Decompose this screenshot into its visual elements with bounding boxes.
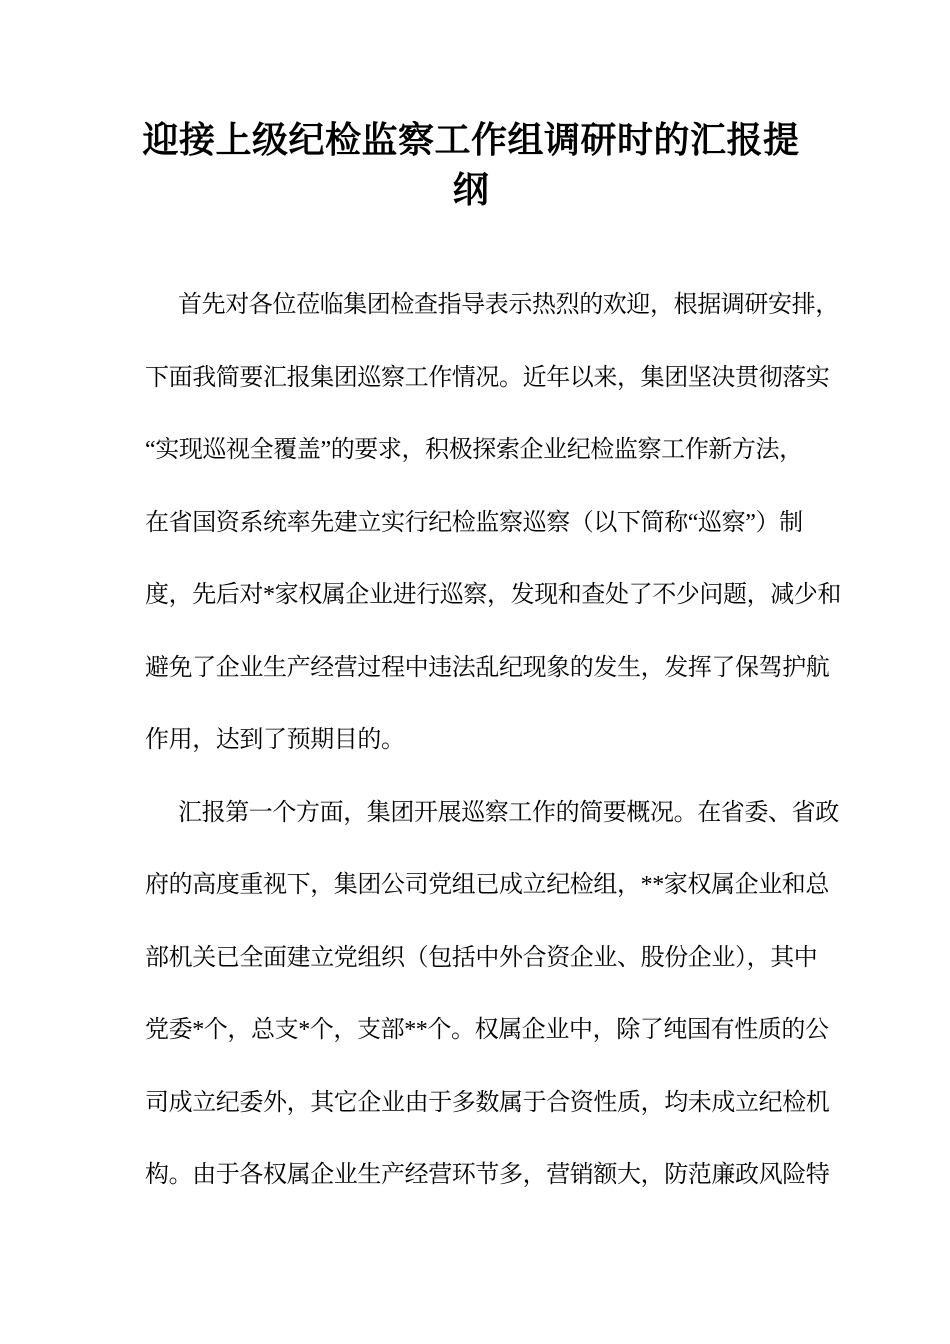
text-line: “实现巡视全覆盖”的要求，积极探索企业纪检监察工作新方法，: [145, 414, 905, 487]
text-line: 首先对各位莅临集团检查指导表示热烈的欢迎，根据调研安排，: [145, 269, 905, 342]
title-line-1: 迎接上级纪检监察工作组调研时的汇报提: [121, 115, 821, 165]
text-line: 司成立纪委外，其它企业由于多数属于合资性质，均未成立纪检机: [145, 1067, 905, 1140]
text-line: 党委*个，总支*个，支部**个。权属企业中，除了纯国有性质的公: [145, 994, 905, 1067]
text-line: 在省国资系统率先建立实行纪检监察巡察（以下简称“巡察”）制: [145, 487, 905, 560]
text-line: 汇报第一个方面，集团开展巡察工作的简要概况。在省委、省政: [145, 777, 905, 850]
text-line: 部机关已全面建立党组织（包括中外合资企业、股份企业），其中: [145, 922, 905, 995]
text-line: 下面我简要汇报集团巡察工作情况。近年以来，集团坚决贯彻落实: [145, 342, 905, 415]
title-line-2: 纲: [121, 165, 821, 215]
text-line: 避免了企业生产经营过程中违法乱纪现象的发生，发挥了保驾护航: [145, 632, 905, 705]
text-line: 府的高度重视下，集团公司党组已成立纪检组，**家权属企业和总: [145, 849, 905, 922]
document-page: 迎接上级纪检监察工作组调研时的汇报提 纲 首先对各位莅临集团检查指导表示热烈的欢…: [0, 0, 950, 1344]
text-line: 度，先后对*家权属企业进行巡察，发现和查处了不少问题，减少和: [145, 559, 905, 632]
document-title: 迎接上级纪检监察工作组调研时的汇报提 纲: [121, 0, 821, 215]
paragraph-2: 汇报第一个方面，集团开展巡察工作的简要概况。在省委、省政府的高度重视下，集团公司…: [145, 777, 905, 1212]
text-line: 构。由于各权属企业生产经营环节多，营销额大，防范廉政风险特: [145, 1139, 905, 1212]
document-body: 首先对各位莅临集团检查指导表示热烈的欢迎，根据调研安排，下面我简要汇报集团巡察工…: [145, 269, 905, 1212]
text-line: 作用，达到了预期目的。: [145, 704, 905, 777]
paragraph-1: 首先对各位莅临集团检查指导表示热烈的欢迎，根据调研安排，下面我简要汇报集团巡察工…: [145, 269, 905, 777]
